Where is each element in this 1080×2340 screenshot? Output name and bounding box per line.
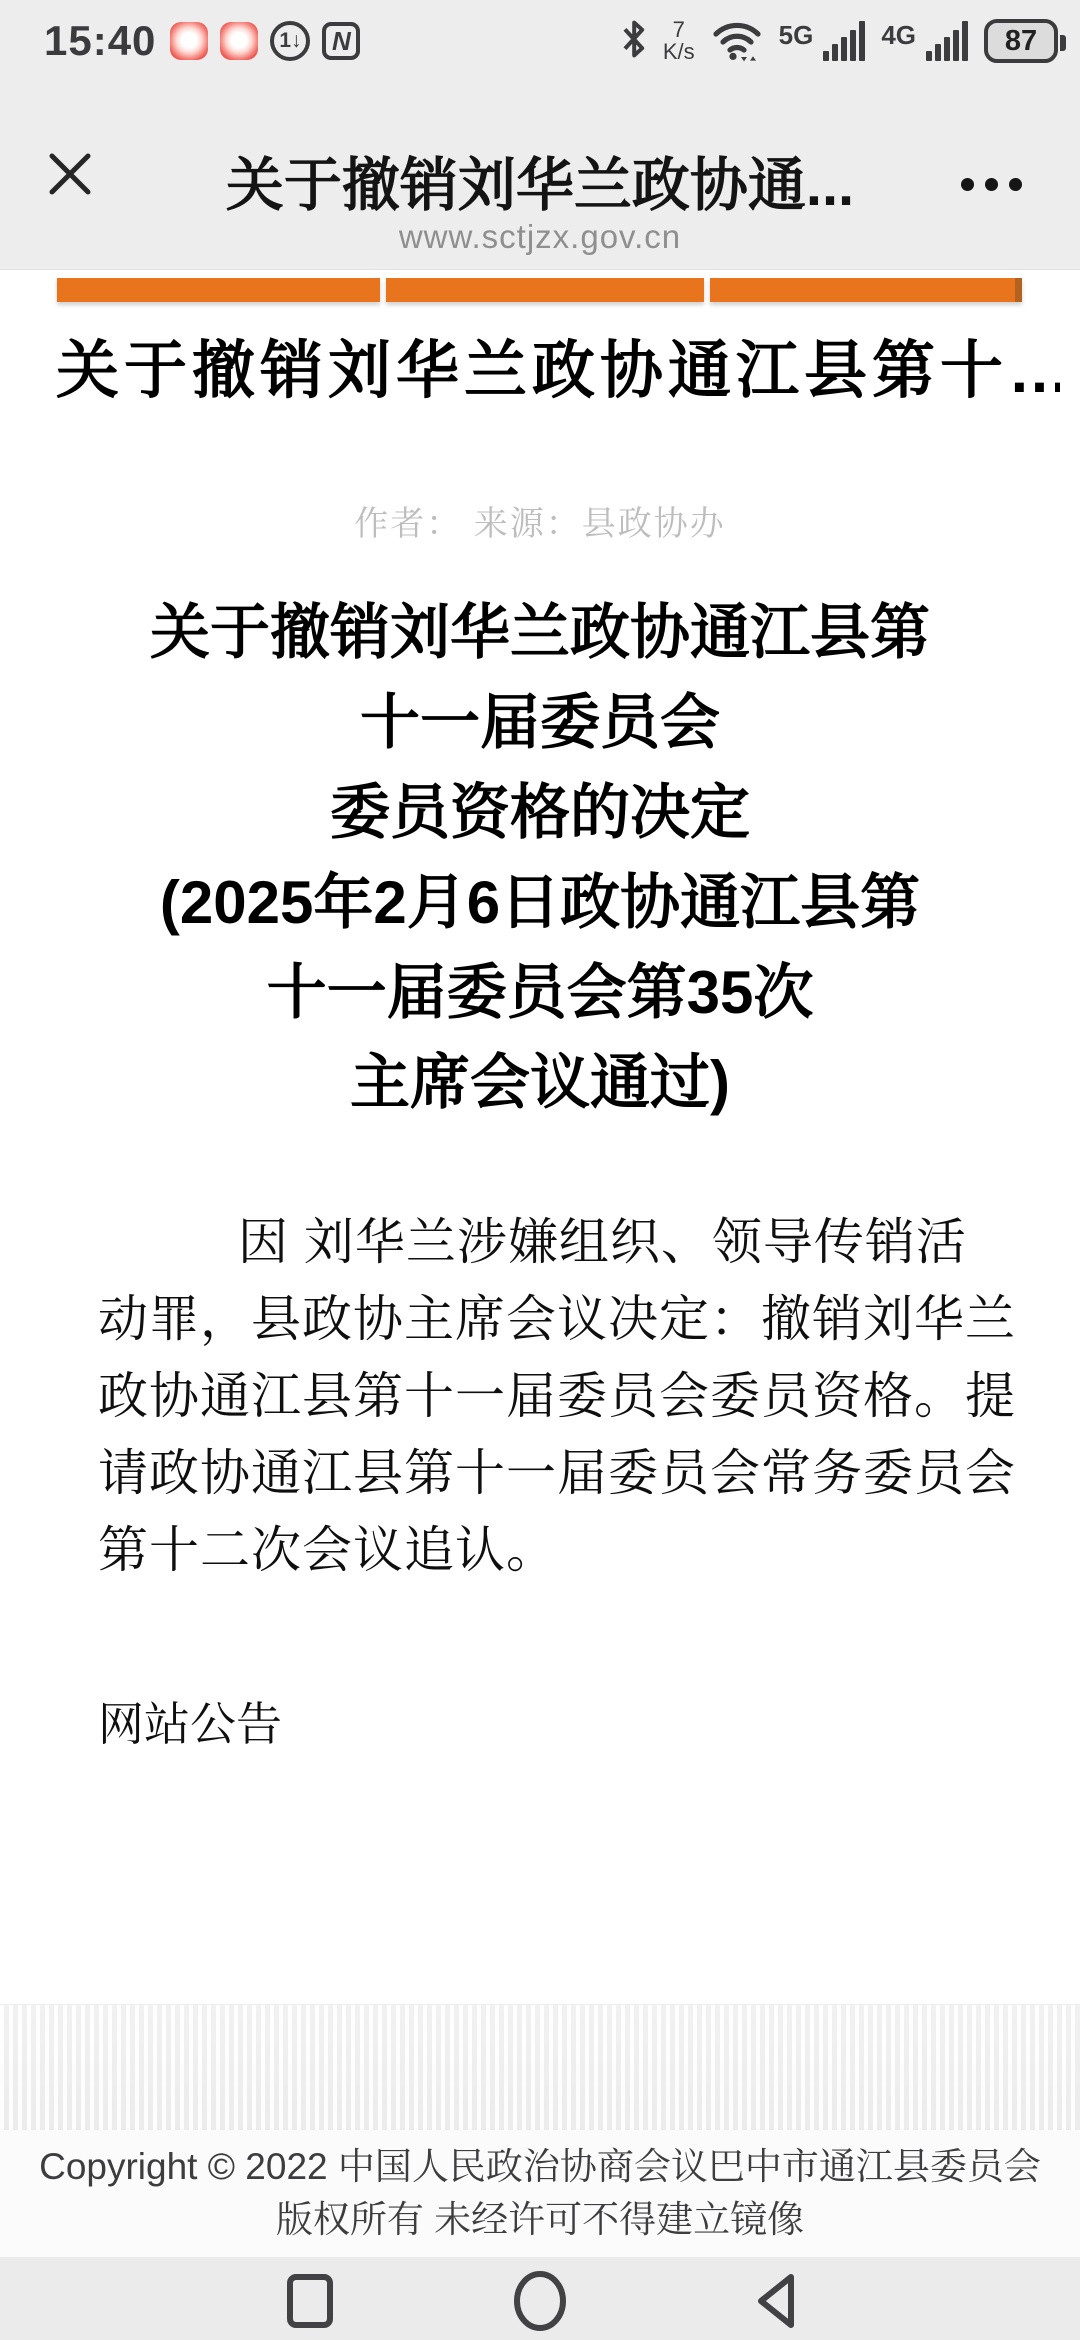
notification-app-icon (170, 22, 208, 60)
data-saver-icon: 1↓ (270, 21, 310, 61)
recents-button[interactable] (280, 2271, 340, 2331)
notification-app-icon (220, 22, 258, 60)
more-menu-icon[interactable] (961, 178, 1022, 191)
browser-header: 15:40 1↓ N 7 K/s (0, 0, 1080, 270)
signal-4g: 4G (881, 21, 968, 61)
bluetooth-icon (621, 17, 647, 66)
footer-copyright: Copyright © 2022 中国人民政治协商会议巴中市通江县委员会 版权所… (0, 2130, 1080, 2257)
footer-texture-band (0, 2004, 1080, 2130)
article-meta: 作者： 来源：县政协办 (0, 496, 1080, 545)
article-heading-truncated: 关于撤销刘华兰政协通江县第十… (56, 320, 1060, 411)
copyright-line: 版权所有 未经许可不得建立镜像 (0, 2193, 1080, 2246)
copyright-line: Copyright © 2022 中国人民政治协商会议巴中市通江县委员会 (0, 2140, 1080, 2193)
body-line: 第十二次会议追认。 (98, 1512, 1030, 1589)
orange-strip-segment (57, 278, 380, 302)
android-nav-bar (0, 2257, 1080, 2340)
back-button[interactable] (746, 2271, 806, 2331)
document-title-line: 主席会议通过) (30, 1038, 1050, 1128)
section-label: 网站公告 (98, 1688, 282, 1754)
document-title: 关于撤销刘华兰政协通江县第 十一届委员会 委员资格的决定 (2025年2月6日政… (30, 588, 1050, 1128)
close-icon[interactable] (44, 148, 96, 200)
network-speed: 7 K/s (663, 19, 695, 63)
document-title-line: 关于撤销刘华兰政协通江县第 (30, 588, 1050, 678)
body-line: 因 刘华兰涉嫌组织、领导传销活 (98, 1204, 1030, 1281)
phone-screen: 15:40 1↓ N 7 K/s (0, 0, 1080, 2340)
status-bar: 15:40 1↓ N 7 K/s (0, 10, 1080, 72)
body-line: 动罪，县政协主席会议决定：撤销刘华兰 (98, 1281, 1030, 1358)
signal-5g: 5G (779, 21, 866, 61)
document-title-line: (2025年2月6日政协通江县第 (30, 858, 1050, 948)
battery-icon: 87 (984, 19, 1058, 63)
home-button[interactable] (510, 2271, 570, 2331)
document-title-line: 委员资格的决定 (30, 768, 1050, 858)
body-line: 请政协通江县第十一届委员会常务委员会 (98, 1435, 1030, 1512)
body-line: 政协通江县第十一届委员会委员资格。提 (98, 1358, 1030, 1435)
browser-title-bar: 关于撤销刘华兰政协通... www.sctjzx.gov.cn (0, 120, 1080, 270)
document-title-line: 十一届委员会第35次 (30, 948, 1050, 1038)
wifi-icon (711, 16, 763, 67)
clock: 15:40 (44, 17, 156, 65)
document-title-line: 十一届委员会 (30, 678, 1050, 768)
orange-strip-segment (710, 278, 1022, 302)
page-title: 关于撤销刘华兰政协通... (140, 138, 940, 222)
page-url: www.sctjzx.gov.cn (0, 218, 1080, 256)
nfc-icon: N (322, 22, 360, 60)
orange-strip-segment (386, 278, 704, 302)
orange-nav-strip (0, 278, 1080, 302)
document-body: 因 刘华兰涉嫌组织、领导传销活 动罪，县政协主席会议决定：撤销刘华兰 政协通江县… (98, 1204, 1030, 1589)
